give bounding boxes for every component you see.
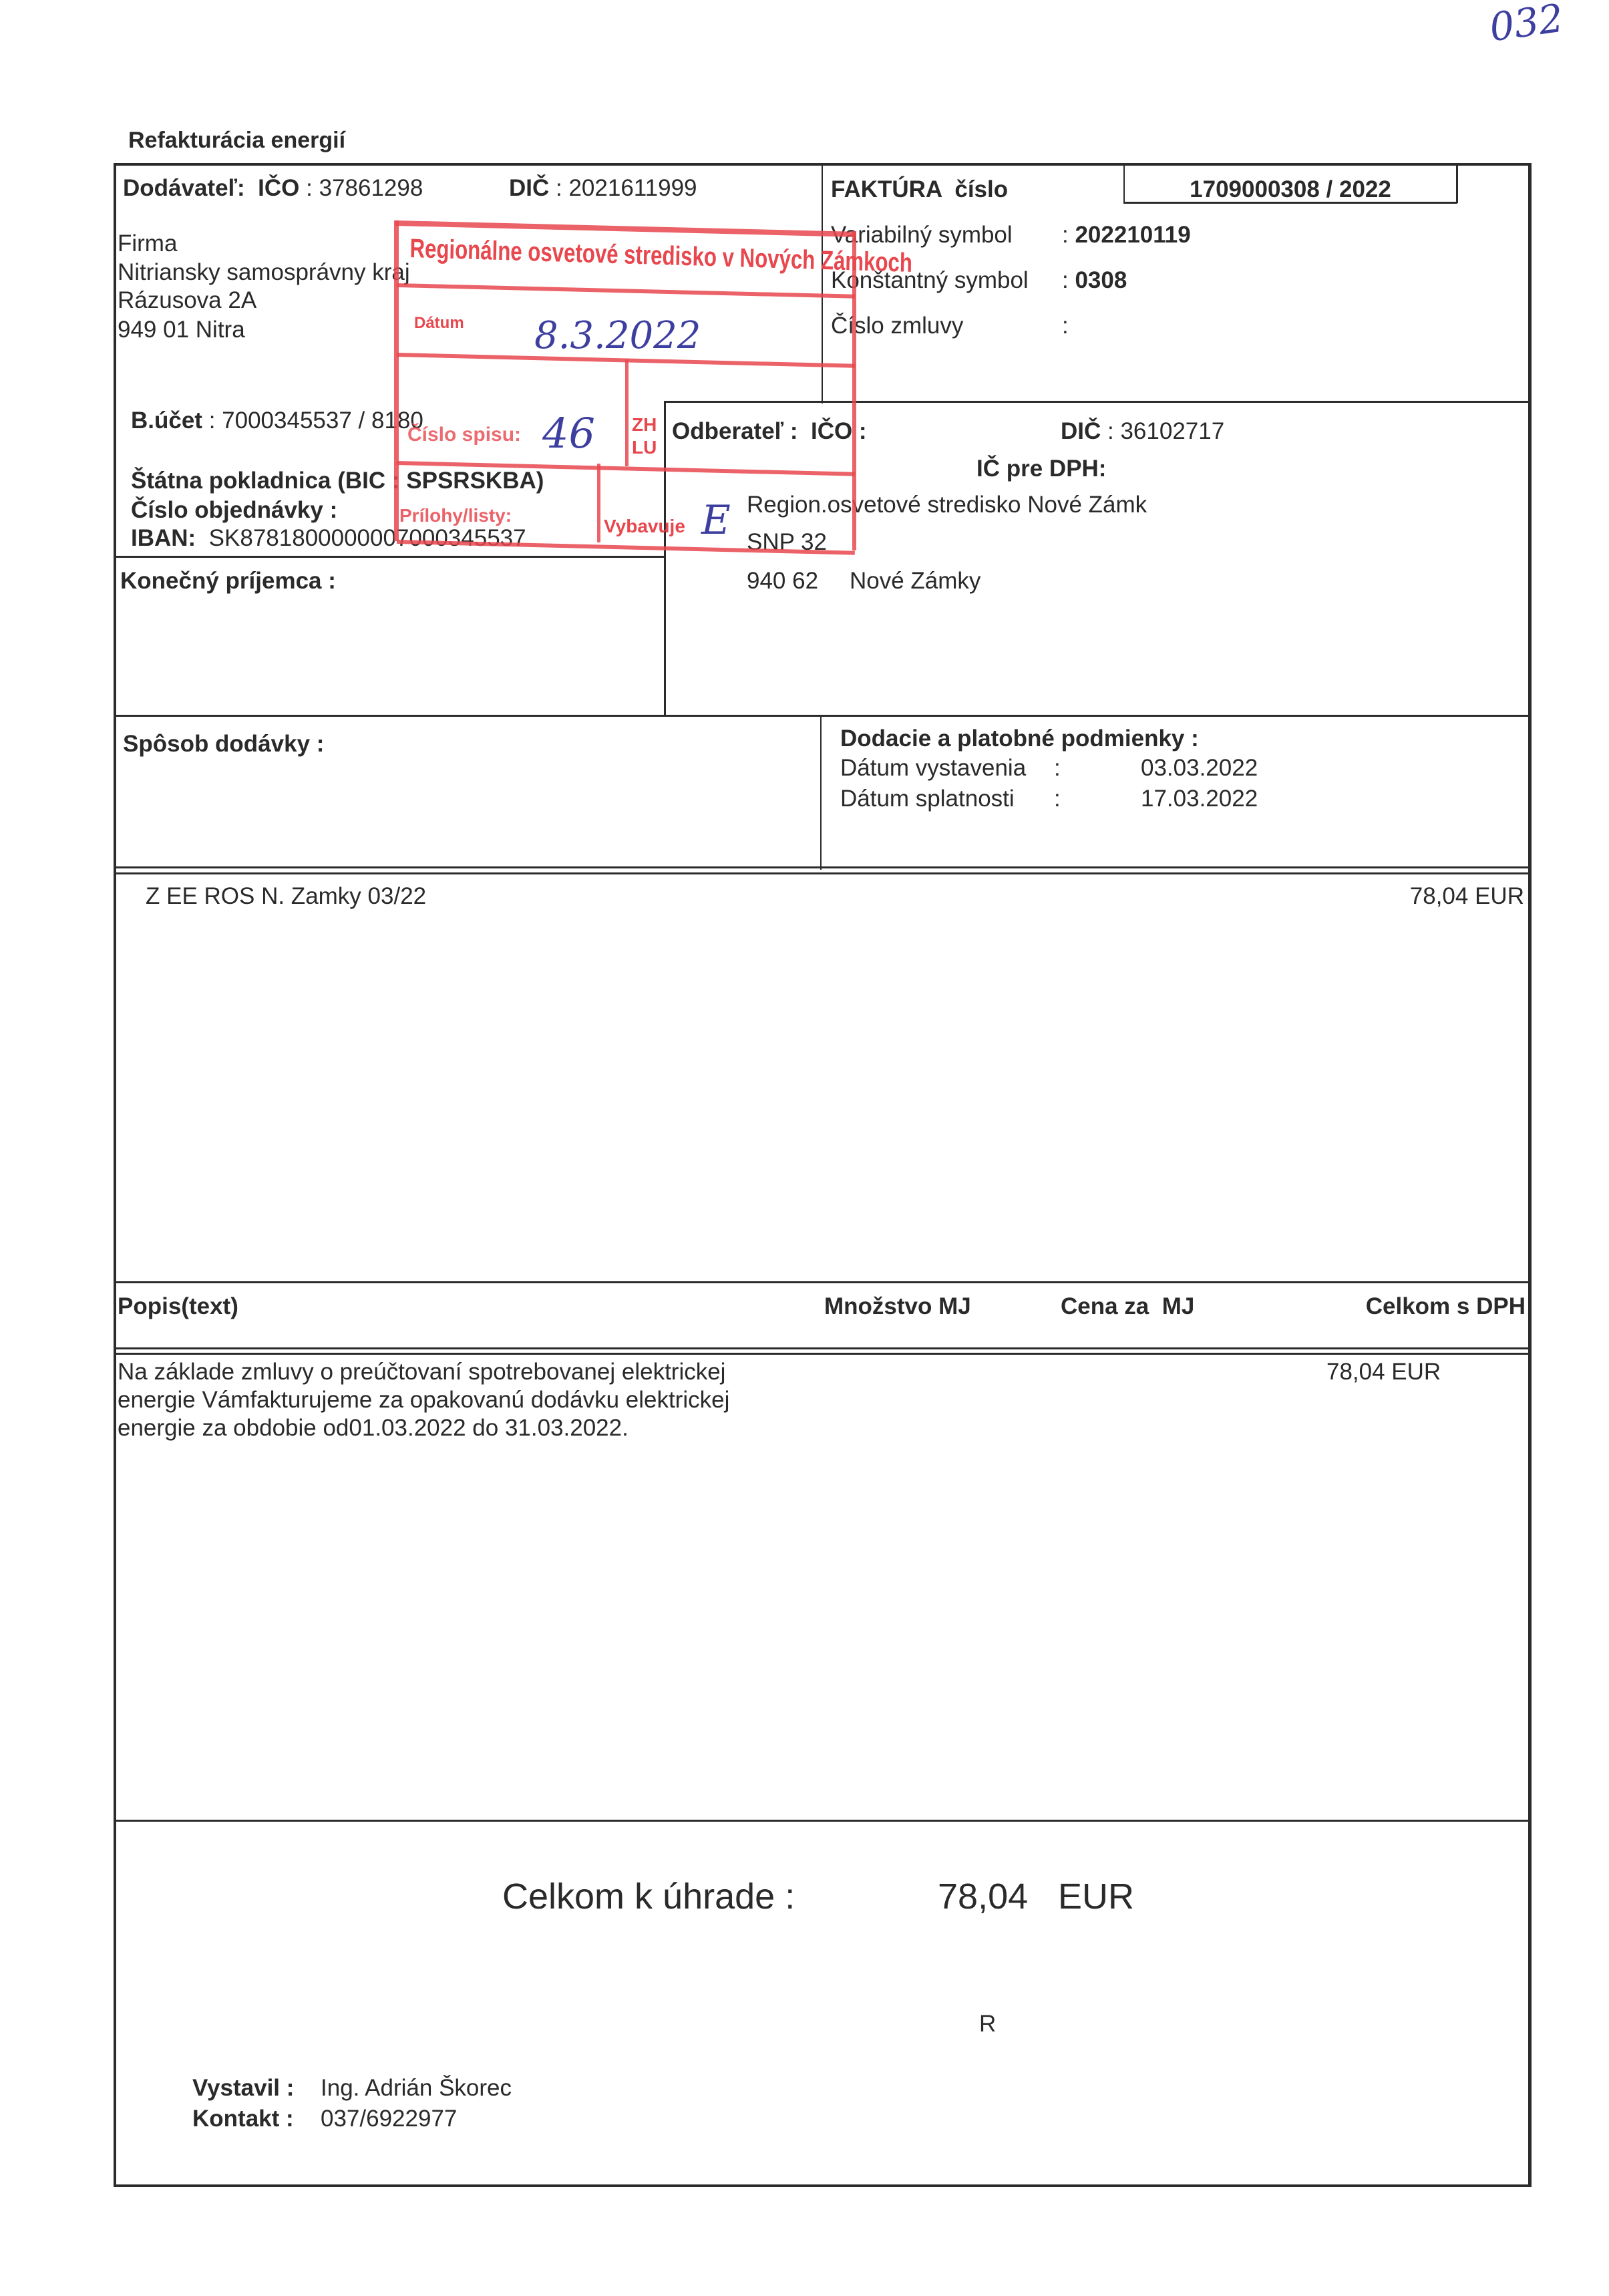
issue-date-label: Dátum vystavenia <box>840 755 1026 782</box>
table-header-line-1 <box>114 1347 1531 1349</box>
stamp-handled-by-value: E <box>701 497 731 544</box>
variable-symbol: : 202210119 <box>1062 222 1191 249</box>
supplier-dic: DIČ : 2021611999 <box>509 175 697 202</box>
invoice-number: 1709000308 / 2022 <box>1123 176 1457 203</box>
total-currency: EUR <box>1058 1876 1134 1917</box>
stamp-left <box>394 220 399 541</box>
supplier-line-1: Firma <box>118 230 177 257</box>
delivery-terms-label: Dodacie a platobné podmienky : <box>840 725 1199 752</box>
customer-vat-label: IČ pre DPH: <box>976 456 1106 482</box>
total-top-line <box>114 1820 1531 1822</box>
contract-number-label: Číslo zmluvy <box>831 313 963 339</box>
frame-left <box>114 163 116 2187</box>
issued-by-name: Ing. Adrián Škorec <box>321 2075 512 2102</box>
customer-left-line <box>664 401 666 716</box>
customer-zip: 940 62 <box>747 568 818 595</box>
page-annotation: 032 <box>1487 0 1566 50</box>
bank-account-value: 7000345537 / 8180 <box>222 407 423 434</box>
document-title: Refakturácia energií <box>128 127 345 154</box>
supplier-bottom-line <box>114 556 665 558</box>
col-header-quantity: Množstvo MJ <box>824 1293 971 1320</box>
stamp-file-number-label: Číslo spisu: <box>407 424 521 446</box>
stamp-row-1 <box>397 283 855 299</box>
frame-bottom <box>114 2184 1531 2187</box>
order-number-label: Číslo objednávky : <box>131 497 337 524</box>
bank-account-label: B.účet <box>131 407 202 434</box>
row-description-line-2: energie Vámfakturujeme za opakovanú dodá… <box>118 1387 729 1414</box>
issued-by-label: Vystavil : <box>192 2075 294 2102</box>
stamp-attachments-label: Prílohy/listy: <box>399 505 512 526</box>
due-date-label: Dátum splatnosti <box>840 786 1015 812</box>
constant-symbol: : 0308 <box>1062 267 1127 294</box>
customer-name: Region.osvetové stredisko Nové Zámk <box>747 492 1147 518</box>
stamp-col-2 <box>597 464 600 542</box>
delivery-bottom-line-2 <box>114 872 1531 874</box>
stamp-date-value: 8.3.2022 <box>534 314 701 357</box>
supplier-ico-label: IČO <box>258 175 299 201</box>
row-description-line-1: Na základe zmluvy o preúčtovaní spotrebo… <box>118 1359 725 1385</box>
supplier-dic-label: DIČ <box>509 175 549 201</box>
contact-value: 037/6922977 <box>321 2106 457 2132</box>
supplier-line-2: Nitriansky samosprávny kraj <box>118 259 410 286</box>
supplier-label: Dodávateľ: <box>123 175 245 201</box>
final-recipient-label: Konečný príjemca : <box>120 568 336 595</box>
frame-right <box>1528 163 1532 2187</box>
footer-mark: R <box>979 2011 996 2037</box>
due-date-colon: : <box>1054 786 1061 812</box>
due-date: 17.03.2022 <box>1141 786 1258 812</box>
stamp-right <box>852 231 856 550</box>
summary-amount: 78,04 EUR <box>1322 883 1524 910</box>
row-description-line-3: energie za obdobie od01.03.2022 do 31.03… <box>118 1415 629 1442</box>
supplier-line-3: Rázusova 2A <box>118 287 256 314</box>
customer-city: Nové Zámky <box>850 568 980 595</box>
customer-label-text: Odberateľ : <box>672 418 798 444</box>
customer-dic-value: 36102717 <box>1120 418 1224 444</box>
divider-top-vertical <box>822 163 823 403</box>
contract-number: : <box>1062 313 1069 339</box>
stamp-col-1 <box>625 359 629 466</box>
invoice-label: FAKTÚRA číslo <box>831 176 1008 203</box>
stamp-zh-label: ZH <box>632 414 657 436</box>
supplier-header: Dodávateľ: IČO : 37861298 <box>123 175 423 202</box>
table-top-line <box>114 1281 1531 1283</box>
customer-label: Odberateľ : IČO : <box>672 418 867 445</box>
row-total: 78,04 EUR <box>1326 1359 1441 1385</box>
delivery-divider <box>820 716 822 870</box>
delivery-top-line <box>114 715 1531 717</box>
customer-top-line <box>664 401 1531 403</box>
bank-name: Štátna pokladnica (BIC : SPSRSKBA) <box>131 468 544 494</box>
customer-ico-label: IČO : <box>811 418 867 444</box>
variable-symbol-label: Variabilný symbol <box>831 222 1013 249</box>
bank-account: B.účet : 7000345537 / 8180 <box>131 407 423 434</box>
variable-symbol-value: 202210119 <box>1075 222 1190 248</box>
summary-text: Z EE ROS N. Zamky 03/22 <box>146 883 426 910</box>
issue-date-colon: : <box>1054 755 1061 782</box>
customer-dic-label: DIČ <box>1061 418 1101 444</box>
supplier-ico: 37861298 <box>319 175 423 201</box>
delivery-bottom-line-1 <box>114 866 1531 868</box>
stamp-top <box>395 220 856 237</box>
customer-dic: DIČ : 36102717 <box>1061 418 1224 445</box>
stamp-date-label: Dátum <box>414 314 464 333</box>
stamp-handled-by-label: Vybavuje <box>604 516 685 537</box>
issue-date: 03.03.2022 <box>1141 755 1258 782</box>
table-header-line-2 <box>114 1353 1531 1355</box>
delivery-method-label: Spôsob dodávky : <box>123 731 324 758</box>
stamp-file-number-value: 46 <box>542 409 595 458</box>
col-header-unit-price: Cena za MJ <box>1061 1293 1194 1320</box>
total-label: Celkom k úhrade : <box>502 1876 795 1917</box>
contact-label: Kontakt : <box>192 2106 294 2132</box>
stamp-lu-label: LU <box>632 437 657 458</box>
supplier-dic-value: 2021611999 <box>568 175 697 201</box>
iban: IBAN: SK8781800000007000345537 <box>131 525 526 552</box>
constant-symbol-value: 0308 <box>1075 267 1127 293</box>
total-amount: 78,04 <box>938 1876 1028 1917</box>
iban-value: SK8781800000007000345537 <box>209 525 526 551</box>
supplier-line-4: 949 01 Nitra <box>118 317 245 343</box>
col-header-description: Popis(text) <box>118 1293 238 1320</box>
col-header-total: Celkom s DPH <box>1322 1293 1526 1320</box>
iban-label: IBAN: <box>131 525 196 551</box>
